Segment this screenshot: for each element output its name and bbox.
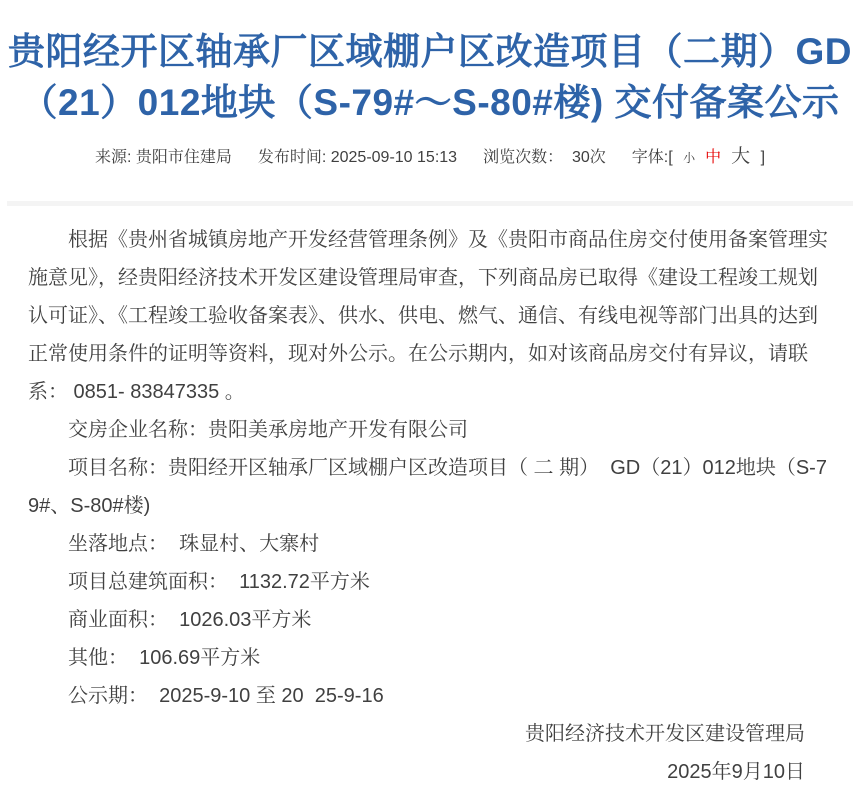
font-size-large-button[interactable]: 大 bbox=[727, 141, 754, 168]
meta-bar: 来源: 贵阳市住建局 发布时间: 2025-09-10 15:13 浏览次数： … bbox=[0, 141, 860, 168]
meta-publish-time: 发布时间: 2025-09-10 15:13 bbox=[258, 144, 457, 167]
signature-block: 贵阳经济技术开发区建设管理局 2025年9月10日 bbox=[28, 715, 832, 790]
font-size-medium-button[interactable]: 中 bbox=[701, 144, 725, 167]
page-title-line1: 贵阳经开区轴承厂区域棚户区改造项目（二期）GD bbox=[0, 26, 860, 77]
paragraph-location: 坐落地点： 珠显村、大寨村 bbox=[28, 525, 832, 563]
paragraph-project-name: 项目名称：贵阳经开区轴承厂区域棚户区改造项目（ 二 期） GD（21）012地块… bbox=[28, 449, 832, 525]
article-body: 根据《贵州省城镇房地产开发经营管理条例》及《贵阳市商品住房交付使用备案管理实施意… bbox=[0, 206, 860, 790]
paragraph-other-area: 其他： 106.69平方米 bbox=[28, 639, 832, 677]
meta-views: 浏览次数： 30次 bbox=[483, 144, 606, 167]
font-size-bracket-close: ] bbox=[756, 149, 765, 167]
page-title: 贵阳经开区轴承厂区域棚户区改造项目（二期）GD （21）012地块（S-79#～… bbox=[0, 0, 860, 128]
paragraph-publicity-period: 公示期： 2025-9-10 至 20 25-9-16 bbox=[28, 677, 832, 715]
signature-date: 2025年9月10日 bbox=[28, 753, 805, 790]
paragraph-company: 交房企业名称：贵阳美承房地产开发有限公司 bbox=[28, 411, 832, 449]
paragraph-total-area: 项目总建筑面积： 1132.72平方米 bbox=[28, 563, 832, 601]
signature-authority: 贵阳经济技术开发区建设管理局 bbox=[28, 715, 805, 753]
font-size-control: 字体:[ 小中大 ] bbox=[632, 141, 765, 168]
font-size-label: 字体:[ bbox=[632, 144, 677, 167]
page-title-line2: （21）012地块（S-79#～S-80#楼) 交付备案公示 bbox=[0, 77, 860, 128]
meta-source: 来源: 贵阳市住建局 bbox=[95, 144, 232, 167]
paragraph-commercial-area: 商业面积： 1026.03平方米 bbox=[28, 601, 832, 639]
font-size-small-button[interactable]: 小 bbox=[679, 149, 699, 166]
announcement-page: 贵阳经开区轴承厂区域棚户区改造项目（二期）GD （21）012地块（S-79#～… bbox=[0, 0, 860, 790]
paragraph-intro: 根据《贵州省城镇房地产开发经营管理条例》及《贵阳市商品住房交付使用备案管理实施意… bbox=[28, 221, 832, 411]
